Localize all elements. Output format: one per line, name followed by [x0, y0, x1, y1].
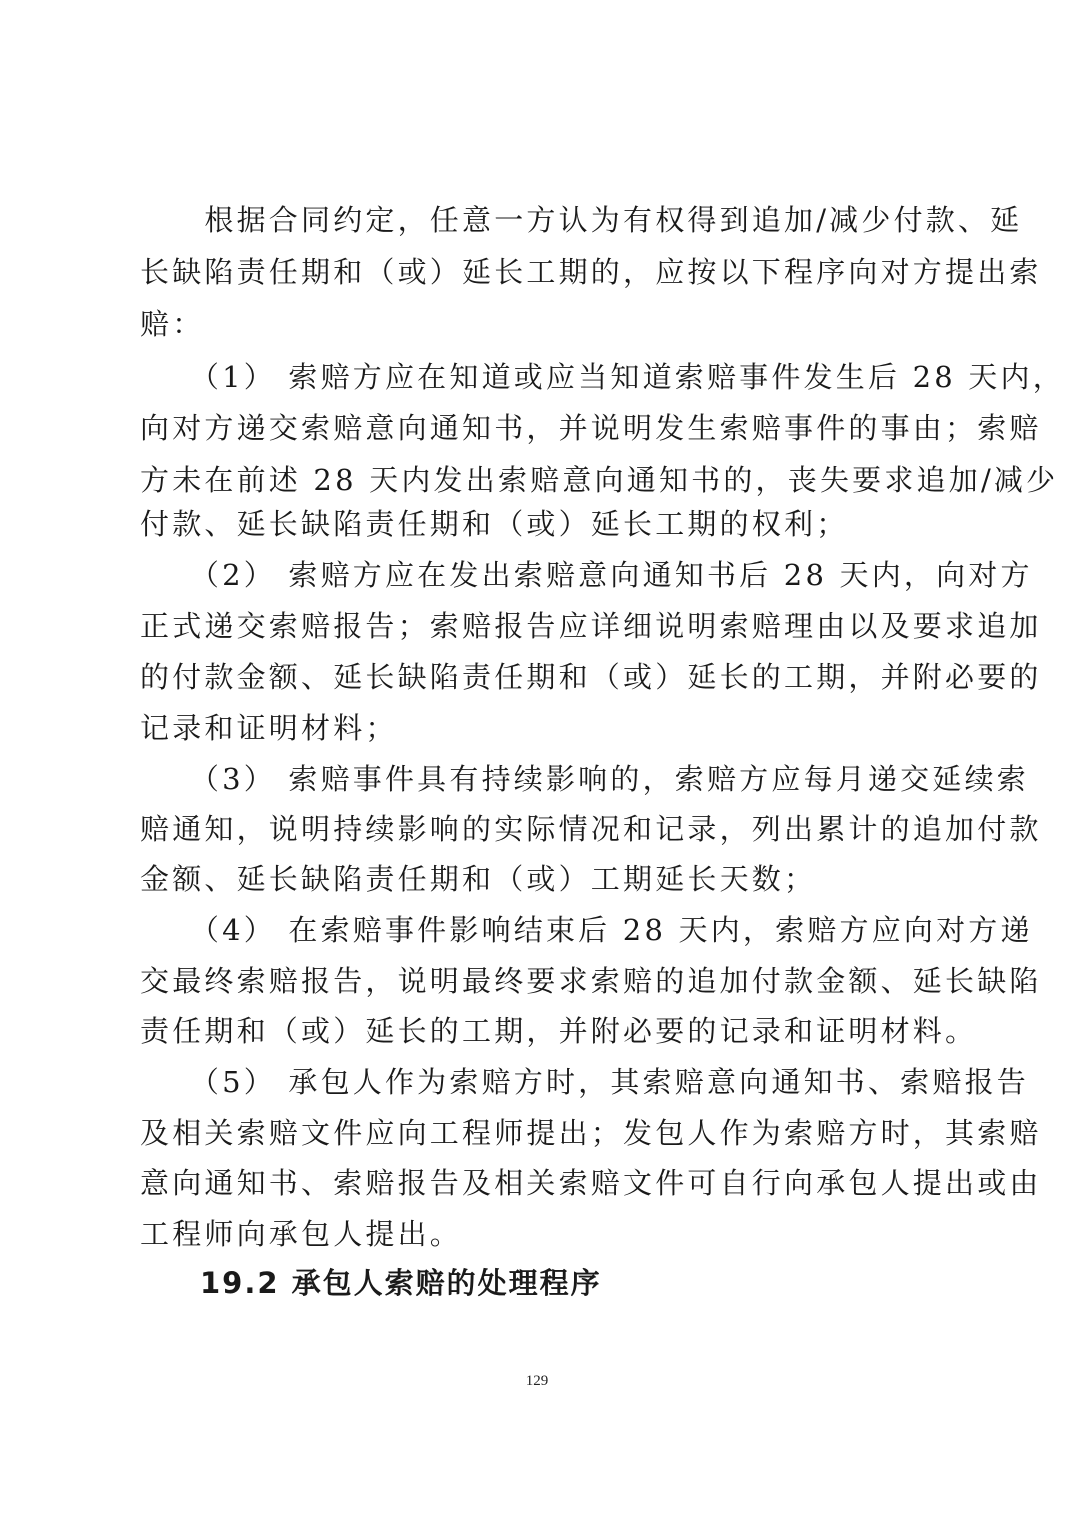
item-5-line-1: （5） 承包人作为索赔方时，其索赔意向通知书、索赔报告 [140, 1065, 940, 1099]
item-1-line-1: （1） 索赔方应在知道或应当知道索赔事件发生后 28 天内， [140, 360, 940, 394]
document-page: 根据合同约定，任意一方认为有权得到追加/减少付款、延 长缺陷责任期和（或）延长工… [0, 0, 1074, 1520]
item-5-line-4: 工程师向承包人提出。 [140, 1217, 940, 1251]
item-3-line-1: （3） 索赔事件具有持续影响的，索赔方应每月递交延续索 [140, 762, 940, 796]
intro-line-2: 长缺陷责任期和（或）延长工期的，应按以下程序向对方提出索 [140, 255, 940, 289]
intro-line-1: 根据合同约定，任意一方认为有权得到追加/减少付款、延 [140, 203, 940, 237]
item-3-line-2: 赔通知，说明持续影响的实际情况和记录，列出累计的追加付款 [140, 812, 940, 846]
item-4-line-1: （4） 在索赔事件影响结束后 28 天内，索赔方应向对方递 [140, 913, 940, 947]
page-number: 129 [0, 1373, 1074, 1390]
item-5-line-3: 意向通知书、索赔报告及相关索赔文件可自行向承包人提出或由 [140, 1166, 940, 1200]
intro-line-3: 赔： [140, 307, 940, 341]
item-4-line-3: 责任期和（或）延长的工期，并附必要的记录和证明材料。 [140, 1014, 940, 1048]
item-1-line-2: 向对方递交索赔意向通知书，并说明发生索赔事件的事由；索赔 [140, 411, 940, 445]
item-2-line-2: 正式递交索赔报告；索赔报告应详细说明索赔理由以及要求追加 [140, 609, 940, 643]
item-2-line-3: 的付款金额、延长缺陷责任期和（或）延长的工期，并附必要的 [140, 660, 940, 694]
section-heading: 19.2 承包人索赔的处理程序 [200, 1266, 602, 1300]
item-2-line-1: （2） 索赔方应在发出索赔意向通知书后 28 天内，向对方 [140, 558, 940, 592]
item-3-line-3: 金额、延长缺陷责任期和（或）工期延长天数； [140, 862, 940, 896]
item-1-line-3: 方未在前述 28 天内发出索赔意向通知书的，丧失要求追加/减少 [140, 463, 940, 497]
item-2-line-4: 记录和证明材料； [140, 711, 940, 745]
item-5-line-2: 及相关索赔文件应向工程师提出；发包人作为索赔方时，其索赔 [140, 1116, 940, 1150]
item-1-line-4: 付款、延长缺陷责任期和（或）延长工期的权利； [140, 507, 940, 541]
item-4-line-2: 交最终索赔报告，说明最终要求索赔的追加付款金额、延长缺陷 [140, 964, 940, 998]
